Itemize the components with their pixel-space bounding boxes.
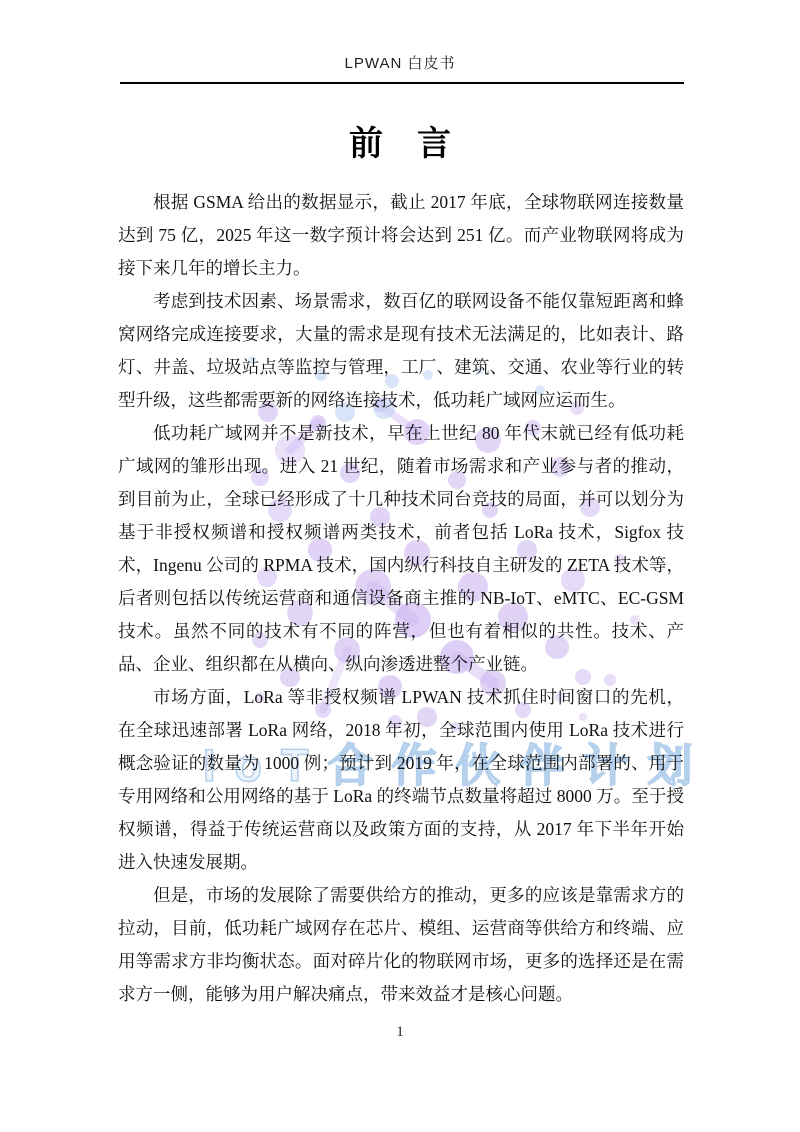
page-title: 前 言 — [0, 116, 800, 165]
paragraph: 市场方面，LoRa 等非授权频谱 LPWAN 技术抓住时间窗口的先机，在全球迅速… — [118, 681, 684, 879]
paragraph: 考虑到技术因素、场景需求，数百亿的联网设备不能仅靠短距离和蜂窝网络完成连接要求，… — [118, 285, 684, 417]
paragraph: 但是，市场的发展除了需要供给方的推动，更多的应该是靠需求方的拉动，目前，低功耗广… — [118, 879, 684, 1011]
paragraph: 低功耗广域网并不是新技术，早在上世纪 80 年代末就已经有低功耗广域网的雏形出现… — [118, 417, 684, 681]
document-body: 根据 GSMA 给出的数据显示，截止 2017 年底，全球物联网连接数量达到 7… — [118, 186, 684, 1011]
document-page: LPWAN 白皮书 — [0, 0, 800, 1132]
paragraph: 根据 GSMA 给出的数据显示，截止 2017 年底，全球物联网连接数量达到 7… — [118, 186, 684, 285]
page-header-title: LPWAN 白皮书 — [0, 52, 800, 73]
header-divider — [120, 82, 684, 84]
page-number: 1 — [0, 1024, 800, 1041]
